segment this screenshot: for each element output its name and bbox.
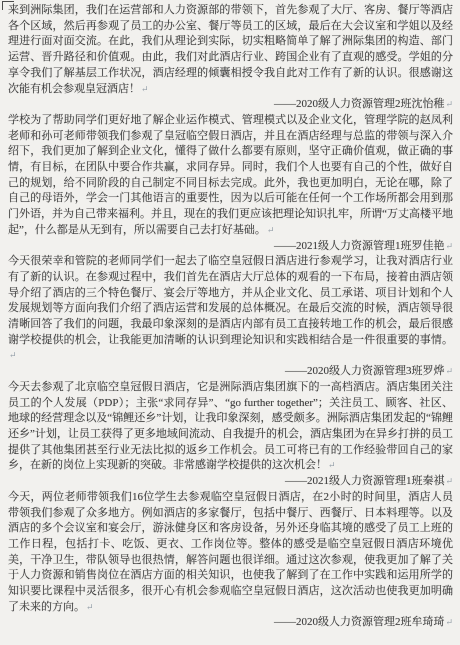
testimonial-text: 学校为了帮助同学们更好地了解企业运作模式、管理模式以及企业文化，管理学院的赵凤利… [8,113,453,239]
testimonial-block: 今天去参观了北京临空皇冠假日酒店，它是洲际酒店集团旗下的一高档酒店。酒店集团关注… [8,380,453,490]
testimonial-text: 今天，两位老师带领我们16位学生去参观临空皇冠假日酒店，在2小时的时间里，酒店人… [8,490,453,616]
attribution-text: ——2021级人力资源管理1班秦祺 [285,475,445,487]
paragraph-text: 来到洲际集团，我们在运营部和人力资源部的带领下，首先参观了大厅、客房、餐厅等酒店… [8,4,453,95]
testimonial-text: 来到洲际集团，我们在运营部和人力资源部的带领下，首先参观了大厅、客房、餐厅等酒店… [8,3,453,97]
scan-border-corner [2,1,14,10]
return-mark-icon: ↵ [266,225,275,235]
testimonial-block: 今天很荣幸和管院的老师同学们一起去了临空皇冠假日酒店进行参观学习，让我对酒店行业… [8,254,453,380]
paragraph-text: 今天去参观了北京临空皇冠假日酒店，它是洲际酒店集团旗下的一高档酒店。酒店集团关注… [8,381,453,472]
testimonial-block: 来到洲际集团，我们在运营部和人力资源部的带领下，首先参观了大厅、客房、餐厅等酒店… [8,3,453,113]
testimonial-block: 学校为了帮助同学们更好地了解企业运作模式、管理模式以及企业文化，管理学院的赵凤利… [8,113,453,254]
attribution-line: ——2020级人力资源管理3班罗烨↵ [8,364,453,380]
scanned-document-page: 来到洲际集团，我们在运营部和人力资源部的带领下，首先参观了大厅、客房、餐厅等酒店… [0,0,460,645]
return-mark-icon: ↵ [444,99,453,109]
paragraph-text: 今天，两位老师带领我们16位学生去参观临空皇冠假日酒店，在2小时的时间里，酒店人… [8,491,453,613]
attribution-text: ——2020级人力资源管理2班牟琦琦 [274,616,445,628]
attribution-line: ——2020级人力资源管理2班牟琦琦↵ [8,615,453,631]
testimonial-text: 今天很荣幸和管院的老师同学们一起去了临空皇冠假日酒店进行参观学习，让我对酒店行业… [8,254,453,364]
attribution-line: ——2021级人力资源管理1班秦祺↵ [8,474,453,490]
attribution-line: ——2020级人力资源管理2班沈怡稚↵ [8,97,453,113]
return-mark-icon: ↵ [85,602,94,612]
paragraph-text: 今天很荣幸和管院的老师同学们一起去了临空皇冠假日酒店进行参观学习，让我对酒店行业… [8,255,453,346]
return-mark-icon: ↵ [444,366,453,376]
attribution-text: ——2021级人力资源管理1班罗佳艳 [274,240,445,252]
return-mark-icon: ↵ [8,350,17,360]
attribution-text: ——2020级人力资源管理2班沈怡稚 [274,98,445,110]
attribution-text: ——2020级人力资源管理3班罗烨 [285,365,445,377]
paragraph-text: 学校为了帮助同学们更好地了解企业运作模式、管理模式以及企业文化，管理学院的赵凤利… [8,114,453,236]
return-mark-icon: ↵ [444,241,453,251]
return-mark-icon: ↵ [444,476,453,486]
return-mark-icon: ↵ [444,617,453,627]
return-mark-icon: ↵ [327,460,336,470]
testimonial-text: 今天去参观了北京临空皇冠假日酒店，它是洲际酒店集团旗下的一高档酒店。酒店集团关注… [8,380,453,474]
testimonial-block: 今天，两位老师带领我们16位学生去参观临空皇冠假日酒店，在2小时的时间里，酒店人… [8,490,453,631]
return-mark-icon: ↵ [140,84,149,94]
attribution-line: ——2021级人力资源管理1班罗佳艳↵ [8,239,453,255]
